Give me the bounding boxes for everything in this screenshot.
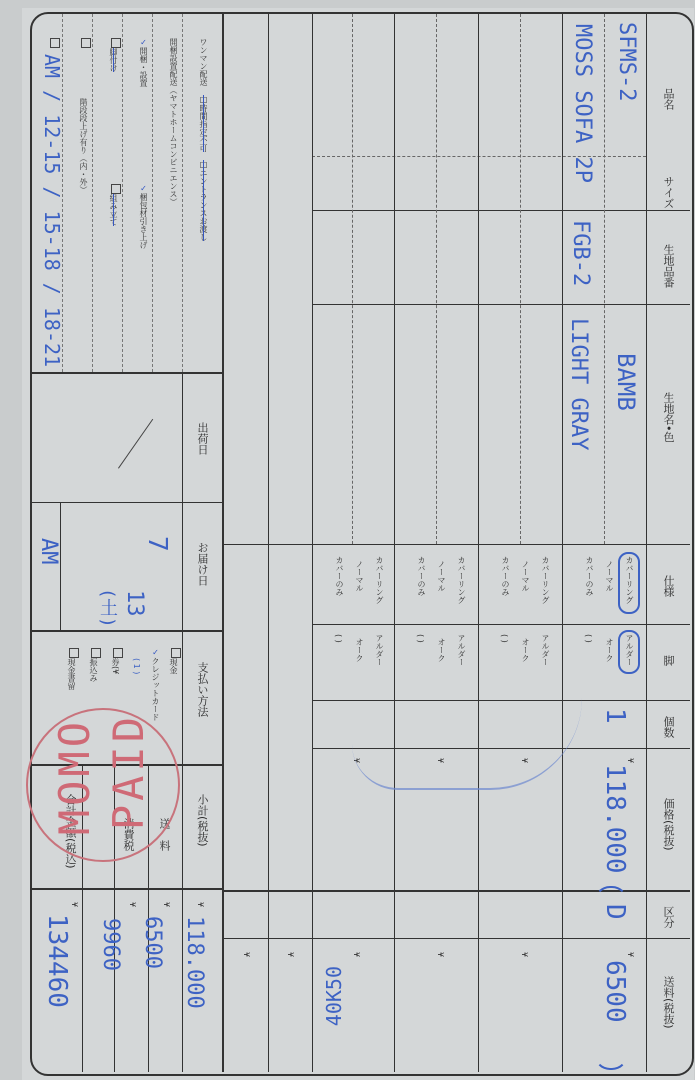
delivery-day[interactable]: 13 <box>122 590 147 617</box>
payment-credit-card[interactable]: ✓クレジットカード <box>150 648 161 721</box>
item-1-fabric-color[interactable]: LIGHT GRAY <box>566 318 591 450</box>
checkmark-icon: ✓ <box>139 38 148 47</box>
subtotal-value[interactable]: 118.000 <box>182 916 207 1009</box>
one-man-delivery[interactable]: ワンマン配送 □時間指定不可 □エントランスお渡し <box>198 38 209 241</box>
paid-stamp-line2: MOMO <box>50 718 99 835</box>
item-1-category-shipping-bracket <box>594 886 628 1070</box>
header-shipping: 送料(税抜) <box>660 976 676 1029</box>
header-category: 区分 <box>660 906 676 928</box>
selected-leg-circle <box>618 630 640 674</box>
header-fabric-code: 生地品番 <box>660 244 676 288</box>
item-1-quantity[interactable]: 1 <box>600 708 630 724</box>
leg-attach-option[interactable]: 脚付け <box>108 38 121 72</box>
item-4-row[interactable]: カバーリング ノーマル カバーのみ アルダー オーク ( ) <box>318 554 394 694</box>
checkbox-icon <box>111 184 121 194</box>
shipping-value[interactable]: 6500 <box>140 916 165 969</box>
header-price: 価格(税抜) <box>660 798 676 851</box>
item-1-fabric-name[interactable]: BAMB <box>612 353 640 411</box>
delivery-time[interactable]: AM <box>36 538 61 565</box>
time-slot-note[interactable]: AM / 12-15 / 15-18 / 18-21 <box>40 54 64 367</box>
checkbox-icon <box>111 38 121 48</box>
item-1-price[interactable]: 118.000 <box>600 764 630 874</box>
checkmark-icon: ✓ <box>139 184 148 193</box>
header-divider <box>646 14 647 1072</box>
order-form-sheet: 品名 サイズ 生地品番 生地名•色 仕様 脚 個数 価格(税抜) 区分 送料(税… <box>22 8 694 1080</box>
payment-method-label: 支払い方法 <box>194 662 210 717</box>
header-fabric-name-color: 生地名•色 <box>660 392 676 443</box>
item-1-size[interactable]: MOSS SOFA 2P <box>570 24 595 183</box>
delivery-weekday[interactable]: (土) <box>94 588 120 628</box>
payment-credit-card-note[interactable]: ( 1 ) <box>132 658 141 674</box>
unpack-install-option[interactable]: ✓開梱・設置 <box>138 38 149 87</box>
extra-note[interactable]: 40K50 <box>322 966 346 1026</box>
item-1-product-name[interactable]: SFMS-2 <box>614 22 639 101</box>
item-2-row[interactable]: カバーリング ノーマル カバーのみ アルダー オーク ( ) <box>484 554 560 694</box>
ship-date-label: 出荷日 <box>194 422 210 455</box>
checkbox-icon <box>81 38 91 48</box>
selected-spec-circle <box>618 552 640 614</box>
header-spec: 仕様 <box>660 575 676 597</box>
checkbox-icon <box>50 38 60 48</box>
subtotal-label: 小計(税抜) <box>194 794 210 847</box>
payment-voucher[interactable]: 券(¥ <box>110 648 123 674</box>
assembly-option[interactable]: 組み立て <box>108 184 121 226</box>
total-value[interactable]: 134460 <box>42 914 72 1008</box>
item-3-row[interactable]: カバーリング ノーマル カバーのみ アルダー オーク ( ) <box>400 554 476 694</box>
delivery-month[interactable]: 7 <box>142 536 172 552</box>
payment-bank-transfer[interactable]: 振込み <box>88 648 101 682</box>
paid-stamp-line1: PAID <box>104 713 153 830</box>
item-1-fabric-code[interactable]: FGB-2 <box>568 220 593 286</box>
tax-value[interactable]: 9960 <box>98 918 123 971</box>
item-1-leg[interactable]: アルダー オーク ( ) <box>568 630 644 694</box>
header-size: サイズ <box>660 176 676 209</box>
header-leg: 脚 <box>660 655 676 666</box>
header-quantity: 個数 <box>660 716 676 738</box>
unpack-install-delivery: 開梱設置配送（ヤマトホームコンビニエンス） <box>168 38 179 206</box>
delivery-date-label: お届け日 <box>194 542 210 586</box>
payment-cash[interactable]: 現金 <box>168 648 181 674</box>
checkmark-icon: ✓ <box>151 648 160 657</box>
payment-registered-mail[interactable]: 現金書留 <box>66 648 79 690</box>
item-1-spec[interactable]: カバーリング ノーマル カバーのみ <box>568 554 644 618</box>
item-1-price-currency: ¥ <box>626 758 635 763</box>
stairs-option[interactable]: 階段段上げ有り（内・外） <box>78 38 91 194</box>
packaging-pickup-option[interactable]: ✓梱包材引き上げ <box>138 184 149 249</box>
header-product-name: 品名 <box>660 88 676 110</box>
time-slot-option[interactable] <box>48 38 60 48</box>
